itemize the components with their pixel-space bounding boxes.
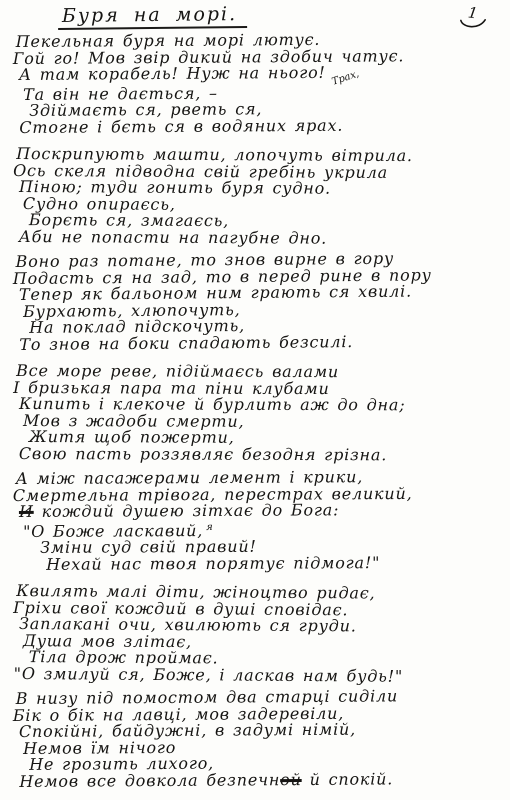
stanza-5: А між пасажерами лемент і крики, Смертел… (16, 469, 505, 574)
verse-line: "О змилуй ся, Боже, і ласкав нам будь!" (14, 666, 504, 686)
verse-line: Нехай нас твоя порятує підмога!" (46, 555, 504, 574)
page-number: 1 (467, 3, 479, 22)
verse-text: кождий душею зітхає до Бога: (34, 501, 340, 522)
stanza-3: Воно раз потане, то знов вирне в гору По… (16, 250, 505, 354)
verse-line: Немов все довкола безпечной й спокій. (19, 771, 504, 791)
verse-line: Свою пасть роззявляє безодня грізна. (19, 446, 504, 464)
verse-line: Аби не попасти на пагубне дно. (19, 229, 504, 248)
strikethrough-text: ой (280, 770, 302, 789)
poem-title: Буря на морі. (58, 3, 247, 30)
verse-line: Стогне і бєть ся в водяних ярах. (19, 117, 504, 137)
stanza-6: Квилять малі діти, жіноцтво ридає, Гріхи… (16, 583, 505, 686)
manuscript-page: Буря на морі. 1 Пекельная буря на морі л… (0, 0, 510, 800)
stanza-1: Пекельная буря на морі лютує. Гой го! Мо… (16, 31, 505, 137)
stanza-4: Все море реве, підіймаєсь валами І бризь… (16, 363, 504, 464)
stanza-7: В низу під помостом два старці сиділи Бі… (16, 688, 505, 791)
verse-line: То знов на боки спадають безсилі. (19, 333, 504, 354)
stanza-2: Поскрипують машти, лопочуть вітрила. Ось… (16, 146, 505, 248)
verse-text: й спокій. (302, 770, 394, 790)
verse-text: Немов все довкола безпечн (19, 771, 280, 792)
strikethrough-text: И (19, 502, 34, 521)
verse-text: А там корабель! Нуж на нього! (19, 63, 326, 84)
insertion-mark: я (206, 522, 213, 533)
